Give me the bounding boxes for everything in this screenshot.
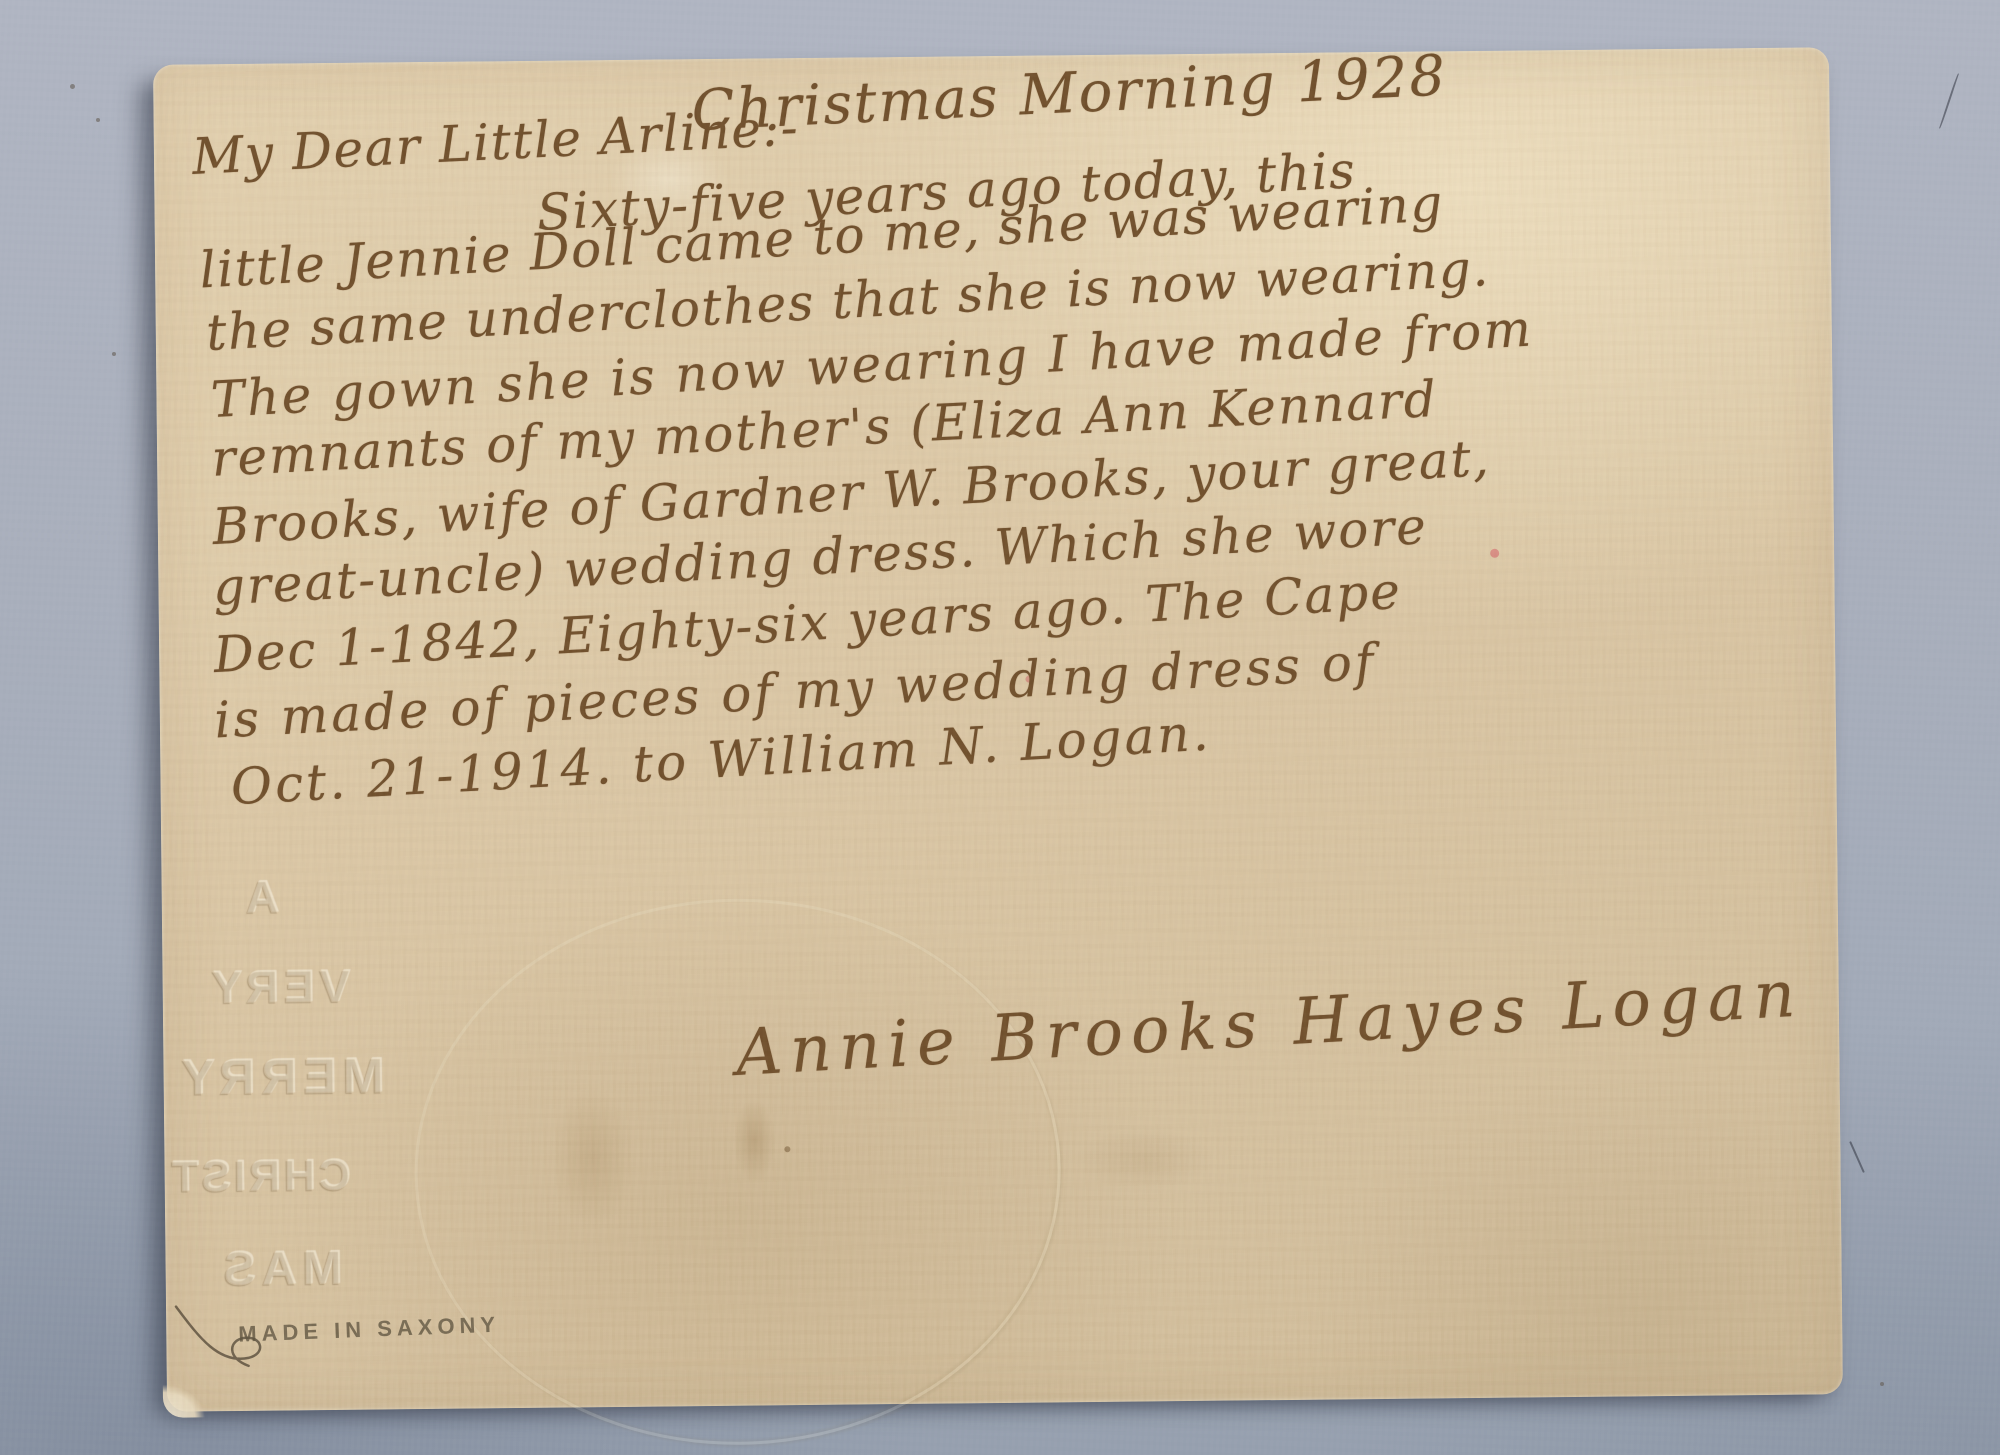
card-highlight [584, 119, 755, 241]
pencil-flourish [170, 1301, 301, 1382]
handwriting-line: little Jennie Doll came to me, she was w… [198, 174, 1445, 299]
pink-fleck [1490, 549, 1499, 558]
handwriting-signature: Annie Brooks Hayes Logan [734, 957, 1805, 1091]
embossed-word: A [239, 870, 279, 924]
handwriting-line: Dec 1-1842, Eighty-six years ago. The Ca… [212, 562, 1403, 684]
photo-background: Christmas Morning 1928 My Dear Little Ar… [0, 0, 2000, 1455]
handwriting-line: is made of pieces of my wedding dress of [213, 633, 1378, 750]
embossed-word: MERRY [175, 1046, 384, 1106]
handwriting-line: Sixty-five years ago today, this [535, 141, 1357, 242]
stray-fiber [1849, 1141, 1865, 1173]
card-stain [1044, 1113, 1245, 1205]
ink-speck [784, 1146, 790, 1152]
handwriting-salutation: My Dear Little Arline:- [191, 98, 801, 186]
background-speck [96, 118, 100, 122]
corner-chip [163, 1371, 221, 1418]
handwriting-dateline: Christmas Morning 1928 [690, 43, 1448, 144]
card-stain [531, 1057, 653, 1258]
embossed-word: MAS [217, 1241, 342, 1297]
background-speck [70, 84, 75, 89]
embossed-word: VERY [206, 959, 350, 1015]
background-speck [1880, 1382, 1884, 1386]
handwriting-line: great-uncle) wedding dress. Which she wo… [211, 497, 1429, 616]
stray-fiber [1939, 73, 1959, 129]
made-in-saxony-stamp: MADE IN SAXONY [238, 1312, 501, 1348]
handwriting-line: The gown she is now wearing I have made … [210, 300, 1535, 430]
handwriting-line: Oct. 21-1914. to William N. Logan. [229, 704, 1212, 817]
pink-fleck [1025, 676, 1032, 683]
embossed-word: CHRIST [168, 1151, 350, 1203]
card-stain [724, 1080, 785, 1201]
background-speck [112, 352, 116, 356]
greeting-card: Christmas Morning 1928 My Dear Little Ar… [153, 47, 1843, 1411]
handwriting-line: Brooks, wife of Gardner W. Brooks, your … [211, 429, 1492, 556]
handwriting-line: the same underclothes that she is now we… [205, 239, 1491, 362]
embossed-wreath-arc [412, 895, 1064, 1448]
handwriting-line: remnants of my mother's (Eliza Ann Kenna… [210, 370, 1439, 488]
